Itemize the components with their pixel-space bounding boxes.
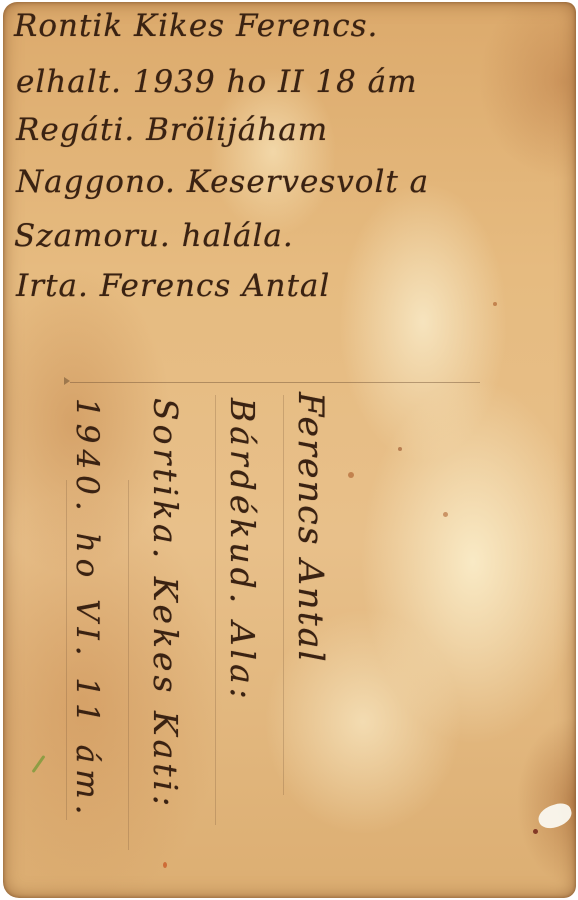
ruled-line (215, 395, 216, 825)
corner-mark (64, 377, 70, 385)
ruled-line (283, 395, 284, 795)
rotated-column-1: Ferencs Antal (290, 392, 330, 664)
stain (493, 302, 497, 306)
rotated-column-2: Bárdékud. Ala: (223, 398, 262, 703)
stain (348, 472, 354, 478)
inscription-line-3: Regáti. Brölijáham (16, 112, 328, 148)
inscription-line-1: Rontik Kikes Ferencs. (14, 8, 378, 44)
ruled-line (128, 480, 129, 850)
inscription-line-4: Naggono. Keservesvolt a (16, 164, 429, 200)
stain (398, 447, 402, 451)
rotated-column-4: 1940. ho VI. 11 ám. (69, 398, 105, 820)
rotated-column-3: Sortika. Kekes Kati: (146, 398, 185, 810)
inscription-line-5: Szamoru. halála. (14, 218, 294, 254)
stain (533, 829, 538, 834)
ruled-line (66, 480, 67, 820)
stain (443, 512, 448, 517)
stain (163, 862, 167, 868)
inscription-line-2: elhalt. 1939 ho II 18 ám (16, 64, 418, 100)
inscription-line-6: Irta. Ferencs Antal (16, 268, 330, 304)
ruled-line (70, 382, 480, 383)
